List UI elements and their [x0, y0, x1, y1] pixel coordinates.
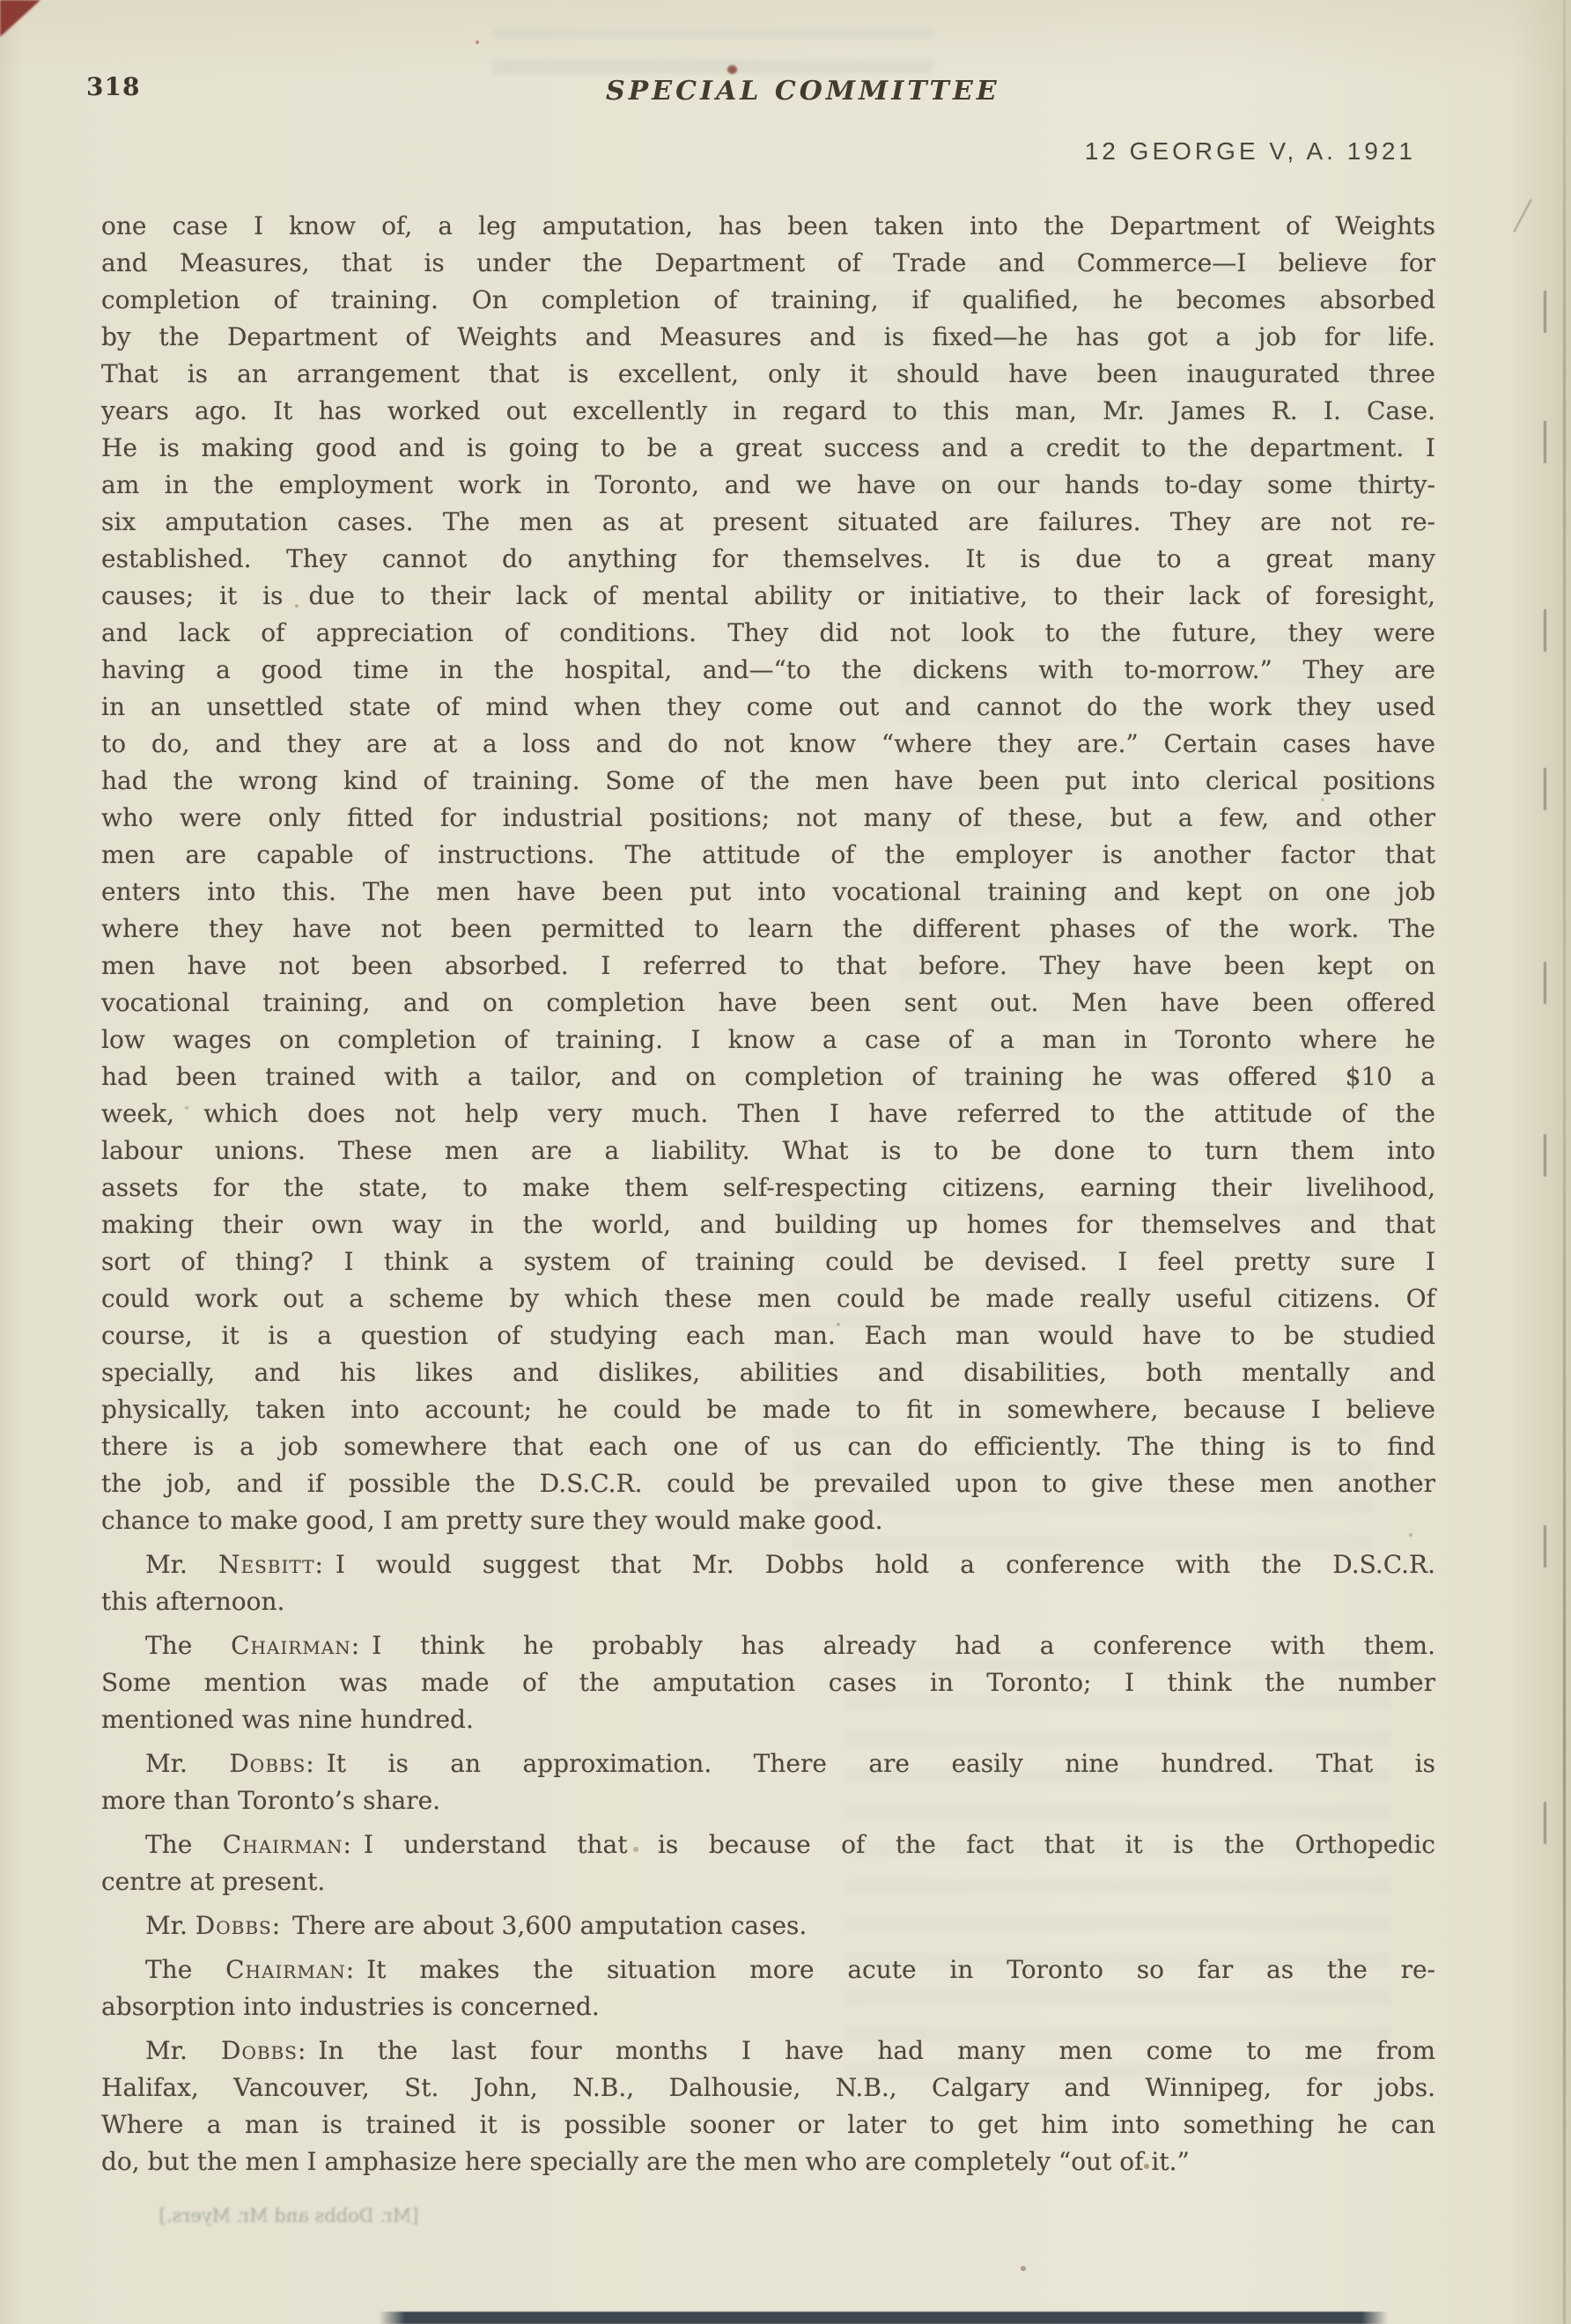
text-line: Some mention was made of the amputation … [101, 1664, 1435, 1701]
paper-specks [476, 41, 479, 44]
text-line: do, but the men I amphasize here special… [101, 2143, 1435, 2180]
text-line: there is a job somewhere that each one o… [101, 1428, 1435, 1465]
text-line: established. They cannot do anything for… [101, 541, 1435, 578]
edge-mark [1544, 768, 1546, 810]
text-line: men are capable of instructions. The att… [101, 837, 1435, 874]
text-line: Halifax, Vancouver, St. John, N.B., Dalh… [101, 2069, 1435, 2106]
speaker-name: Chairman [231, 1631, 351, 1660]
page-edge-line [1563, 0, 1566, 2324]
speaker-name: Chairman [223, 1830, 343, 1859]
text-line: Where a man is trained it is possible so… [101, 2106, 1435, 2143]
dialogue-paragraph: Mr. Dobbs: There are about 3,600 amputat… [101, 1907, 1435, 1944]
text-line: years ago. It has worked out excellently… [101, 393, 1435, 430]
text-line: low wages on completion of training. I k… [101, 1022, 1435, 1059]
bleedthrough-text: [Mr. Dobbs and Mr. Myers.] [130, 2205, 447, 2226]
text-line: week, which does not help very much. The… [101, 1096, 1435, 1132]
running-title: SPECIAL COMMITTEE [606, 76, 1000, 107]
text-line: who were only fitted for industrial posi… [101, 800, 1435, 837]
edge-mark [1544, 962, 1546, 1004]
text-line: one case I know of, a leg amputation, ha… [101, 208, 1435, 245]
text-line: centre at present. [101, 1863, 1435, 1900]
text-line: assets for the state, to make them self-… [101, 1169, 1435, 1206]
text-line: vocational training, and on completion h… [101, 985, 1435, 1022]
text-line: sort of thing? I think a system of train… [101, 1243, 1435, 1280]
text-line: absorption into industries is concerned. [101, 1988, 1435, 2025]
text-line: had been trained with a tailor, and on c… [101, 1059, 1435, 1096]
edge-mark [1544, 291, 1546, 333]
text-line: The Chairman: I think he probably has al… [101, 1627, 1435, 1664]
text-line: Mr. Nesbitt: I would suggest that Mr. Do… [101, 1546, 1435, 1583]
bleedthrough-patch [493, 30, 933, 74]
speaker-name: Chairman [225, 1955, 346, 1984]
text-line: this afternoon. [101, 1583, 1435, 1620]
text-line: had the wrong kind of training. Some of … [101, 763, 1435, 800]
text-line: in an unsettled state of mind when they … [101, 689, 1435, 726]
page-number: 318 [86, 72, 140, 101]
text-line: chance to make good, I am pretty sure th… [101, 1502, 1435, 1539]
text-line: Mr. Dobbs: There are about 3,600 amputat… [101, 1907, 1435, 1944]
text-line: the job, and if possible the D.S.C.R. co… [101, 1465, 1435, 1502]
edge-mark [1544, 1134, 1546, 1177]
speaker-name: Dobbs [229, 1749, 306, 1778]
edge-mark [1544, 1525, 1546, 1568]
text-line: course, it is a question of studying eac… [101, 1317, 1435, 1354]
text-line: could work out a scheme by which these m… [101, 1280, 1435, 1317]
testimony-body: one case I know of, a leg amputation, ha… [101, 208, 1435, 2180]
text-line: mentioned was nine hundred. [101, 1701, 1435, 1738]
text-line: enters into this. The men have been put … [101, 874, 1435, 911]
dialogue-paragraph: The Chairman: It makes the situation mor… [101, 1951, 1435, 2025]
text-line: labour unions. These men are a liability… [101, 1132, 1435, 1169]
speaker-name: Dobbs [221, 2036, 298, 2065]
scanned-document-page: 318 SPECIAL COMMITTEE 12 GEORGE V, A. 19… [0, 0, 1571, 2324]
dialogue-paragraph: Mr. Dobbs: It is an approximation. There… [101, 1745, 1435, 1819]
testimony-paragraph: one case I know of, a leg amputation, ha… [101, 208, 1435, 1539]
edge-mark [1544, 609, 1546, 652]
text-line: Mr. Dobbs: It is an approximation. There… [101, 1745, 1435, 1782]
text-line: where they have not been permitted to le… [101, 911, 1435, 948]
dialogue-paragraph: Mr. Dobbs: In the last four months I hav… [101, 2033, 1435, 2180]
edge-mark [1544, 1802, 1546, 1844]
text-line: making their own way in the world, and b… [101, 1206, 1435, 1243]
text-line: specially, and his likes and dislikes, a… [101, 1354, 1435, 1391]
red-corner-mark [0, 0, 41, 37]
text-line: Mr. Dobbs: In the last four months I hav… [101, 2033, 1435, 2069]
paper-crease [1513, 199, 1531, 232]
dialogue-paragraph: The Chairman: I think he probably has al… [101, 1627, 1435, 1738]
text-line: That is an arrangement that is excellent… [101, 356, 1435, 393]
dialogue-paragraph: The Chairman: I understand that is becau… [101, 1826, 1435, 1900]
edge-mark [1544, 421, 1546, 463]
text-line: and lack of appreciation of conditions. … [101, 615, 1435, 652]
ink-spot [727, 65, 737, 74]
speaker-name: Nesbitt [218, 1550, 314, 1579]
text-line: physically, taken into account; he could… [101, 1391, 1435, 1428]
text-line: six amputation cases. The men as at pres… [101, 504, 1435, 541]
text-line: more than Toronto’s share. [101, 1782, 1435, 1819]
text-line: causes; it is due to their lack of menta… [101, 578, 1435, 615]
text-line: The Chairman: I understand that is becau… [101, 1826, 1435, 1863]
text-line: to do, and they are at a loss and do not… [101, 726, 1435, 763]
text-line: He is making good and is going to be a g… [101, 430, 1435, 467]
session-header: 12 GEORGE V, A. 1921 [1085, 137, 1416, 166]
speaker-name: Dobbs [195, 1911, 272, 1940]
dialogue-paragraph: Mr. Nesbitt: I would suggest that Mr. Do… [101, 1546, 1435, 1620]
scan-background-strip [379, 2312, 1388, 2324]
text-line: am in the employment work in Toronto, an… [101, 467, 1435, 504]
text-line: completion of training. On completion of… [101, 282, 1435, 319]
text-line: having a good time in the hospital, and—… [101, 652, 1435, 689]
text-line: and Measures, that is under the Departme… [101, 245, 1435, 282]
text-line: men have not been absorbed. I referred t… [101, 948, 1435, 985]
text-line: by the Department of Weights and Measure… [101, 319, 1435, 356]
text-line: The Chairman: It makes the situation mor… [101, 1951, 1435, 1988]
